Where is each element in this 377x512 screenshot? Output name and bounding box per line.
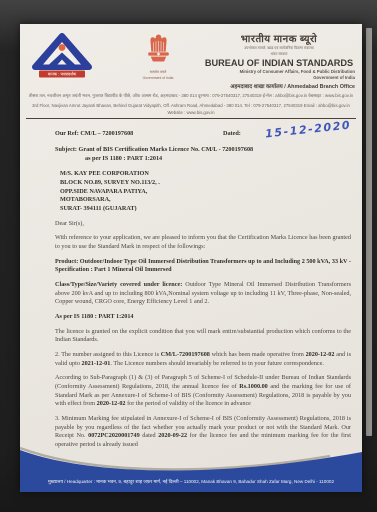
government-hindi: भारत सरकार: [203, 52, 355, 57]
reference-row: Our Ref: CM/L – 7200197608 Dated: 15-12-…: [55, 130, 351, 139]
org-title-hindi: भारतीय मानक ब्यूरो: [203, 31, 355, 45]
headquarter-address: मुख्यालय / Headquarter : मानक भवन, 9, बह…: [20, 479, 362, 485]
receipt-number: 0072PC2020001749: [88, 432, 140, 439]
annual-fee: Rs.1000.00: [239, 383, 268, 390]
branch-office-line: अहमदाबाद शाखा कार्यालय / Ahmedabad Branc…: [203, 82, 355, 90]
fee-effective-date: 2020-12-02: [97, 400, 126, 407]
emblem-caption-hindi: सत्यमेव जयते: [135, 70, 181, 75]
p2-text: which has been made operative from: [210, 351, 306, 358]
footer-curve-icon: [20, 446, 362, 492]
subject-block: Subject: Grant of BIS Certification Mark…: [55, 146, 351, 163]
paragraph-class: Class/Type/Size/Variety covered under li…: [55, 281, 351, 307]
ministry-hindi: उपभोक्ता मामले, खाद्य एवं सार्वजनिक वितर…: [203, 46, 355, 51]
handwritten-date: 15-12-2020: [264, 118, 352, 142]
ministry-line: Ministry of Consumer Affairs, Food & Pub…: [203, 69, 355, 74]
letterhead: मानक : पथप्रदर्शक: [20, 24, 362, 90]
govt-emblem: सत्यमेव जयते Government of India: [135, 31, 181, 80]
p2-text: . The Licence numbers should invariably …: [110, 360, 324, 367]
valid-upto-date: 2021-12-01: [81, 360, 110, 367]
bis-logo-caption: मानक : पथप्रदर्शक: [48, 72, 77, 77]
p2-text: 2. The number assigned to this Licence i…: [55, 351, 161, 358]
paragraph-marking-fee: 3. Minimum Marking fee stipulated in Ann…: [55, 415, 351, 450]
paragraph-fees: According to Sub-Paragraph (1) & (3) of …: [55, 374, 351, 409]
photo-frame: मानक : पथप्रदर्शक: [0, 0, 377, 512]
as-per-line: As per IS 1180 : PART 1:2014: [55, 313, 351, 322]
org-name: BUREAU OF INDIAN STANDARDS: [203, 58, 355, 68]
licence-number: CM/L-7200197608: [161, 351, 210, 358]
salutation: Dear Sir(s),: [55, 220, 351, 229]
government-line: Government of India: [203, 75, 355, 80]
bis-logo-icon: मानक : पथप्रदर्शक: [29, 31, 95, 79]
document-paper: मानक : पथप्रदर्शक: [20, 24, 362, 492]
paragraph-licence-number: 2. The number assigned to this Licence i…: [55, 351, 351, 368]
p3-text: for the period of validity of the licenc…: [126, 400, 251, 407]
paragraph-intro: With reference to your application, we a…: [55, 234, 351, 251]
paragraph-condition: The licence is granted on the explicit c…: [55, 328, 351, 345]
bis-logo: मानक : पथप्रदर्शक: [29, 31, 95, 84]
dated-label: Dated:: [223, 130, 241, 139]
class-label: Class/Type/Size/Variety covered under li…: [55, 281, 182, 288]
emblem-caption-gov: Government of India: [135, 76, 181, 81]
operative-date: 2020-12-02: [306, 351, 335, 358]
page-edge-strip: [366, 28, 372, 436]
branch-address-english: 3rd Floor, Navjivan Amrut Jayanti Bhavan…: [26, 103, 356, 116]
org-title-block: भारतीय मानक ब्यूरो उपभोक्ता मामले, खाद्य…: [203, 31, 355, 90]
footer-band: मुख्यालय / Headquarter : मानक भवन, 9, बह…: [20, 446, 362, 492]
ashoka-emblem-icon: [145, 33, 172, 64]
subject-line2: as per IS 1180 : PART 1:2014: [85, 155, 351, 164]
ref-number: Our Ref: CM/L – 7200197608: [55, 130, 133, 139]
receipt-date: 2020-09-22: [158, 432, 187, 439]
branch-address-hindi: तीसरा तल, नवजीवन अमृत जयंती भवन, गुजरात …: [26, 93, 356, 100]
subject-line1: Subject: Grant of BIS Certification Mark…: [55, 146, 351, 155]
recipient-address: M/S. KAY PEE CORPORATION BLOCK NO.89, SU…: [60, 170, 351, 213]
p4-text: dated: [140, 432, 159, 439]
letter-body: Our Ref: CM/L – 7200197608 Dated: 15-12-…: [20, 119, 362, 449]
paragraph-product: Product: Outdoor/Indoor Type Oil Immerse…: [55, 258, 351, 275]
